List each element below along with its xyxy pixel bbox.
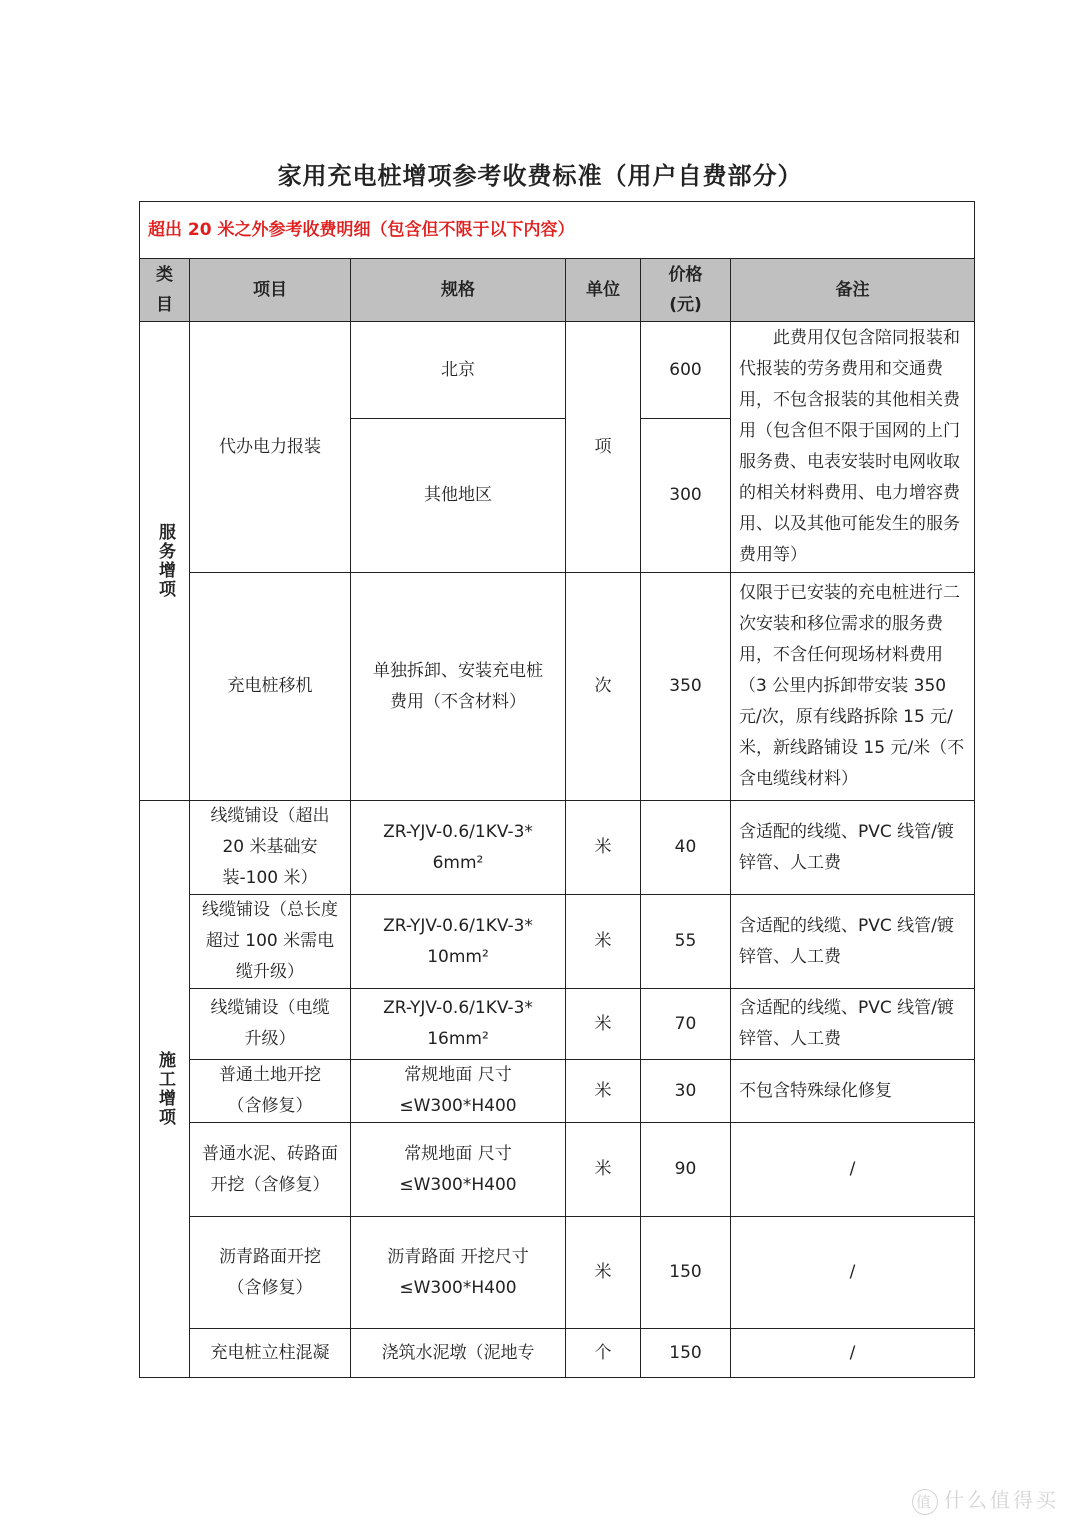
table-row-spec: 北京 [350,321,566,419]
table-row-note: / [730,1216,975,1329]
table-row-unit: 次 [565,572,641,801]
table-row-price: 300 [640,418,731,573]
table-row-unit: 米 [565,1122,641,1217]
table-subtitle: 超出 20 米之外参考收费明细（包含但不限于以下内容） [139,201,975,259]
watermark-badge-icon: 值 [912,1489,938,1515]
table-row-unit: 个 [565,1328,641,1378]
table-row-note: 含适配的线缆、PVC 线管/镀锌管、人工费 [730,800,975,895]
header-spec: 规格 [350,258,566,322]
table-row-price: 30 [640,1059,731,1123]
table-row-note: 此费用仅包含陪同报装和代报装的劳务费用和交通费用，不包含报装的其他相关费用（包含… [730,321,975,573]
header-category: 类 目 [139,258,190,322]
watermark: 值什么值得买 [912,1484,1059,1515]
table-row-note: / [730,1328,975,1378]
table-row-item: 沥青路面开挖（含修复） [189,1216,351,1329]
fee-table: 超出 20 米之外参考收费明细（包含但不限于以下内容） 类 目 项目 规格 单位… [139,201,975,1378]
table-row-item: 线缆铺设（超出 20 米基础安装-100 米） [189,800,351,895]
table-row-spec: 常规地面 尺寸≤W300*H400 [350,1122,566,1217]
table-row-price: 350 [640,572,731,801]
table-row-item: 线缆铺设（电缆升级） [189,988,351,1060]
category-construction: 施工增项 [139,800,190,1378]
table-row-price: 150 [640,1216,731,1329]
table-row-spec: ZR-YJV-0.6/1KV-3*16mm² [350,988,566,1060]
table-row-note: / [730,1122,975,1217]
table-row-price: 600 [640,321,731,419]
document-title: 家用充电桩增项参考收费标准（用户自费部分） [0,156,1080,191]
table-row-item: 充电桩立柱混凝 [189,1328,351,1378]
table-row-spec: 常规地面 尺寸≤W300*H400 [350,1059,566,1123]
header-item: 项目 [189,258,351,322]
table-row-item: 线缆铺设（总长度超过 100 米需电缆升级） [189,894,351,989]
table-row-spec: ZR-YJV-0.6/1KV-3*6mm² [350,800,566,895]
header-note: 备注 [730,258,975,322]
table-row-price: 40 [640,800,731,895]
table-row-unit: 米 [565,988,641,1060]
table-row-item: 普通水泥、砖路面开挖（含修复） [189,1122,351,1217]
table-row-unit: 米 [565,800,641,895]
table-row-spec: 单独拆卸、安装充电桩费用（不含材料） [350,572,566,801]
table-row-note: 含适配的线缆、PVC 线管/镀锌管、人工费 [730,894,975,989]
table-row-spec: 沥青路面 开挖尺寸≤W300*H400 [350,1216,566,1329]
table-row-unit: 项 [565,321,641,573]
table-row-note: 不包含特殊绿化修复 [730,1059,975,1123]
category-service: 服务增项 [139,321,190,801]
header-price: 价格 (元) [640,258,731,322]
table-row-spec: ZR-YJV-0.6/1KV-3*10mm² [350,894,566,989]
table-row-unit: 米 [565,1216,641,1329]
table-row-item: 充电桩移机 [189,572,351,801]
table-row-price: 55 [640,894,731,989]
table-row-item: 普通土地开挖（含修复） [189,1059,351,1123]
header-unit: 单位 [565,258,641,322]
table-row-price: 70 [640,988,731,1060]
table-row-spec: 浇筑水泥墩（泥地专 [350,1328,566,1378]
table-row-item: 代办电力报装 [189,321,351,573]
table-row-price: 90 [640,1122,731,1217]
table-row-note: 仅限于已安装的充电桩进行二次安装和移位需求的服务费用，不含任何现场材料费用（3 … [730,572,975,801]
table-row-note: 含适配的线缆、PVC 线管/镀锌管、人工费 [730,988,975,1060]
table-row-unit: 米 [565,1059,641,1123]
table-row-unit: 米 [565,894,641,989]
table-row-spec: 其他地区 [350,418,566,573]
table-row-price: 150 [640,1328,731,1378]
